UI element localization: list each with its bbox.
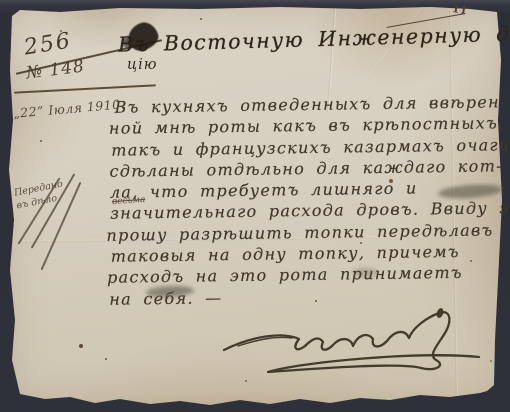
document-photo: 256 № 148 „22” Іюля 1910. Передано въ дѣ… bbox=[0, 0, 510, 412]
signature bbox=[0, 0, 510, 412]
